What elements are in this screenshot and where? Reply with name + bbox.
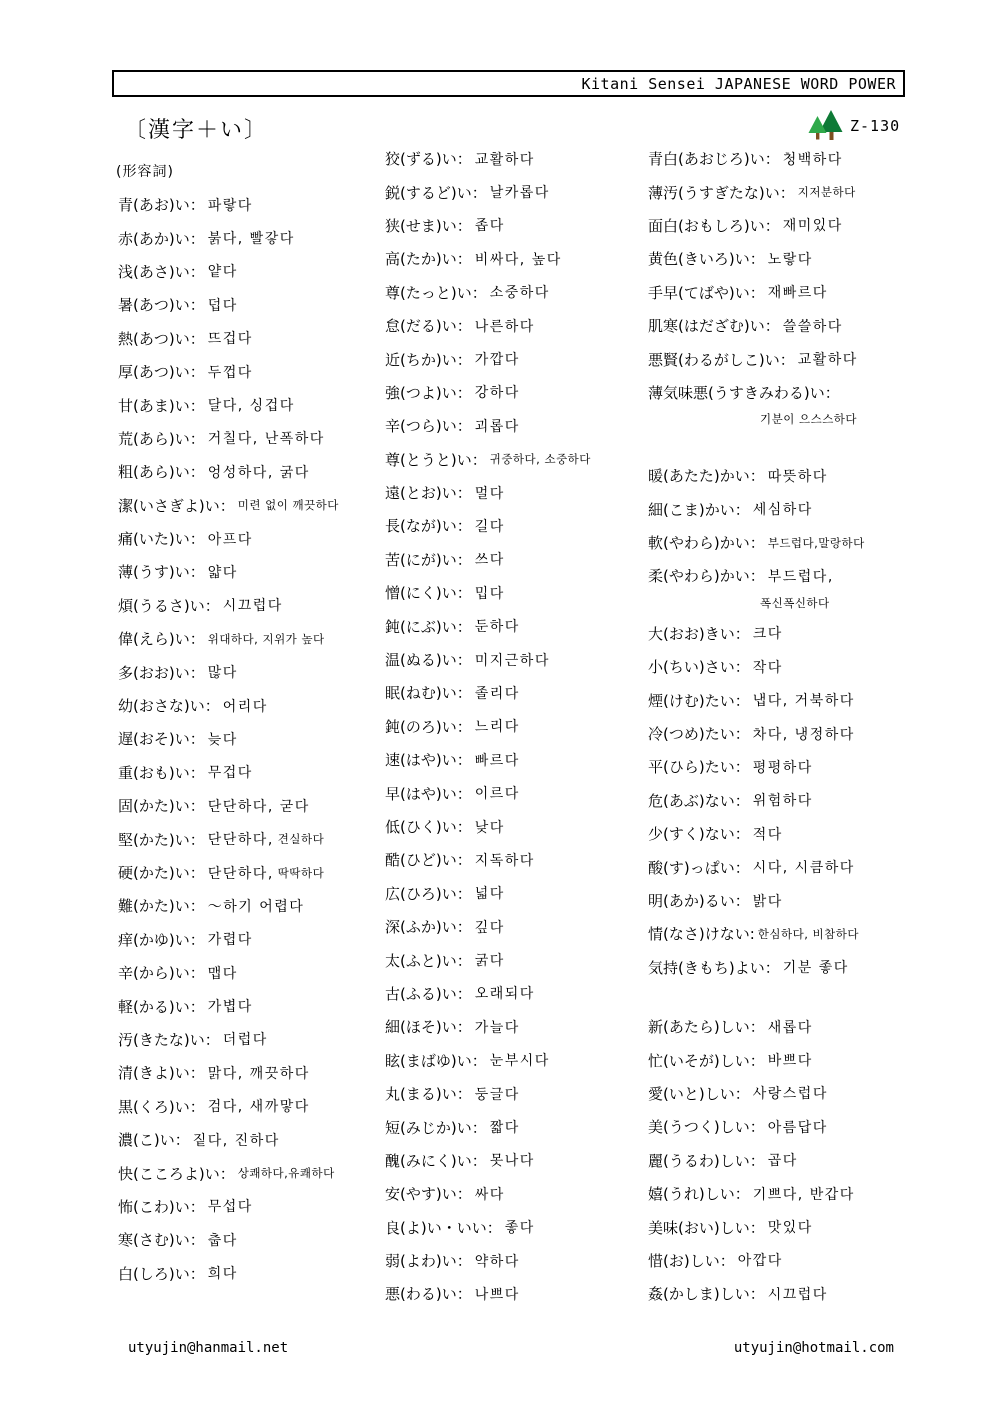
korean-meaning: 괴롭다 (475, 416, 520, 436)
vocab-entry-row: 汚(きたな)い：더럽다 (118, 1023, 383, 1056)
japanese-term: 白(しろ)い： (118, 1263, 205, 1284)
japanese-term: 薄汚(うすぎたな)い： (648, 182, 795, 203)
korean-meaning: 가늘다 (475, 1017, 520, 1037)
vocab-entry-row: 肌寒(はだざむ)い：쓸쓸하다 (648, 309, 906, 342)
vocab-entry: 弱(よわ)い：약하다 (385, 1244, 650, 1277)
vocab-column-3: 青白(あおじろ)い：청백하다薄汚(うすぎたな)い：지저분하다面白(おもしろ)い：… (648, 142, 906, 1311)
japanese-term: 姦(かしま)しい： (648, 1283, 765, 1304)
vocab-entry-row: 軟(やわら)かい：부드럽다,말랑하다 (648, 526, 906, 559)
vocab-entry: 固(かた)い：단단하다, 굳다 (118, 789, 383, 822)
vocab-entry: 古(ふる)い：오래되다 (385, 977, 650, 1010)
korean-meaning: 무섭다 (208, 1196, 253, 1216)
vocab-entry: 痛(いた)い：아프다 (118, 522, 383, 555)
korean-meaning: 비싸다, 높다 (475, 249, 562, 269)
vocab-entry: 麗(うるわ)しい：곱다 (648, 1144, 906, 1177)
vocab-entry-row: 酷(ひど)い：지독하다 (385, 843, 650, 876)
vocab-entry-row: 幼(おさな)い：어리다 (118, 689, 383, 722)
korean-meaning: 파랗다 (208, 195, 253, 215)
vocab-entry: 粗(あら)い：엉성하다, 굵다 (118, 455, 383, 488)
vocab-entry: 鈍(のろ)い：느리다 (385, 710, 650, 743)
korean-meaning: 지저분하다 (798, 184, 856, 200)
vocab-entry: 丸(まる)い：둥글다 (385, 1077, 650, 1110)
japanese-term: 煙(けむ)たい： (648, 690, 750, 711)
korean-meaning: 한심하다, 비참하다 (758, 926, 859, 942)
vocab-entry: 浅(あさ)い：얕다 (118, 255, 383, 288)
korean-meaning: 날카롭다 (490, 182, 550, 202)
korean-meaning: ～하기 어렵다 (208, 896, 305, 916)
korean-meaning: 사랑스럽다 (753, 1083, 828, 1103)
vocab-entry: 冷(つめ)たい：차다, 냉정하다 (648, 717, 906, 750)
japanese-term: 苦(にが)い： (385, 549, 472, 570)
vocab-entry: 黒(くろ)い：검다, 새까맣다 (118, 1090, 383, 1123)
vocab-entry: 悪賢(わるがしこ)い：교활하다 (648, 342, 906, 375)
vocab-entry-row: 寒(さむ)い：춥다 (118, 1223, 383, 1256)
korean-meaning: 희다 (208, 1263, 238, 1283)
vocab-entry-row: 狭(せま)い：좁다 (385, 209, 650, 242)
japanese-term: 濃(こ)い： (118, 1129, 190, 1150)
korean-meaning: 단단하다, (208, 863, 274, 883)
vocab-entry: 細(こま)かい：세심하다 (648, 493, 906, 526)
vocab-entry-row: 眠(ねむ)い：졸리다 (385, 676, 650, 709)
korean-meaning: 따뜻하다 (768, 466, 828, 486)
korean-meaning: 교활하다 (798, 349, 858, 369)
japanese-term: 少(すく)ない： (648, 823, 750, 844)
korean-meaning: 곱다 (768, 1150, 798, 1170)
vocab-entry-row: 少(すく)ない：적다 (648, 817, 906, 850)
japanese-term: 偉(えら)い： (118, 628, 205, 649)
korean-meaning: 평평하다 (753, 757, 813, 777)
vocab-entry-row: 高(たか)い：비싸다, 높다 (385, 242, 650, 275)
vocab-entry-row: 清(きよ)い：맑다, 깨끗하다 (118, 1056, 383, 1089)
vocab-entry-row: 速(はや)い：빠르다 (385, 743, 650, 776)
vocab-entry-row: 近(ちか)い：가깝다 (385, 342, 650, 375)
japanese-term: 辛(から)い： (118, 962, 205, 983)
korean-meaning: 얕다 (208, 261, 238, 281)
vocab-entry: 荒(あら)い：거칠다, 난폭하다 (118, 422, 383, 455)
korean-meaning: 어리다 (223, 696, 268, 716)
vocab-entry-row: 柔(やわら)かい：부드럽다, (648, 559, 906, 592)
vocab-entry-row: 辛(つら)い：괴롭다 (385, 409, 650, 442)
vocab-entry: 強(つよ)い：강하다 (385, 376, 650, 409)
vocab-entry-row: 安(やす)い：싸다 (385, 1177, 650, 1210)
vocab-entry-row: 美味(おい)しい：맛있다 (648, 1210, 906, 1243)
japanese-term: 赤(あか)い： (118, 228, 205, 249)
vocab-entry: 危(あぶ)ない：위험하다 (648, 784, 906, 817)
vocab-entry-row: 短(みじか)い：짧다 (385, 1110, 650, 1143)
vocab-entry: 面白(おもしろ)い：재미있다 (648, 209, 906, 242)
japanese-term: 暖(あたた)かい： (648, 465, 765, 486)
japanese-term: 憎(にく)い： (385, 582, 472, 603)
vocab-entry-row: 弱(よわ)い：약하다 (385, 1244, 650, 1277)
vocab-entry: 姦(かしま)しい：시끄럽다 (648, 1277, 906, 1310)
korean-meaning: 싸다 (475, 1184, 505, 1204)
korean-meaning: 더럽다 (223, 1029, 268, 1049)
japanese-term: 冷(つめ)たい： (648, 723, 750, 744)
vocab-entry: 速(はや)い：빠르다 (385, 743, 650, 776)
vocab-entry-row: 難(かた)い：～하기 어렵다 (118, 889, 383, 922)
japanese-term: 荒(あら)い： (118, 428, 205, 449)
vocab-entry: 悪(わる)い：나쁘다 (385, 1277, 650, 1310)
vocab-entry-row: 薄汚(うすぎたな)い：지저분하다 (648, 175, 906, 208)
vocab-column-2: 狡(ずる)い：교활하다鋭(するど)い：날카롭다狭(せま)い：좁다高(たか)い：비… (385, 142, 650, 1311)
korean-meaning: 부드럽다,말랑하다 (768, 535, 865, 551)
vocab-entry: 辛(つら)い：괴롭다 (385, 409, 650, 442)
vocab-entry: 良(よ)い・いい：좋다 (385, 1211, 650, 1244)
vocab-entry-row: 尊(とうと)い：귀중하다, 소중하다 (385, 443, 650, 476)
page-title: 〔漢字＋い〕 (124, 113, 268, 144)
vocab-entry-row: 悪賢(わるがしこ)い：교활하다 (648, 342, 906, 375)
japanese-term: 固(かた)い： (118, 795, 205, 816)
korean-meaning: 쓰다 (475, 549, 505, 569)
japanese-term: 眩(まばゆ)い： (385, 1050, 487, 1071)
vocab-entry: 忙(いそが)しい：바쁘다 (648, 1043, 906, 1076)
japanese-term: 惜(お)しい： (648, 1250, 735, 1271)
vocab-entry-row: 細(ほそ)い：가늘다 (385, 1010, 650, 1043)
vocab-entry: 青(あお)い：파랗다 (118, 188, 383, 221)
korean-meaning: 단단하다, 굳다 (208, 796, 310, 816)
korean-meaning: 시끄럽다 (223, 595, 283, 615)
header-box: Kitani Sensei JAPANESE WORD POWER (112, 70, 905, 97)
korean-meaning: 깊다 (475, 917, 505, 937)
japanese-term: 粗(あら)い： (118, 461, 205, 482)
japanese-term: 怠(だる)い： (385, 315, 472, 336)
korean-meaning: 둔하다 (475, 616, 520, 636)
vocab-entry: 潔(いさぎよ)い：미련 없이 깨끗하다 (118, 489, 383, 522)
japanese-term: 大(おお)きい： (648, 623, 750, 644)
korean-meaning: 기쁘다, 반갑다 (753, 1184, 855, 1204)
korean-meaning: 많다 (208, 662, 238, 682)
korean-meaning: 위험하다 (753, 790, 813, 810)
vocab-entry-row: 美(うつく)しい：아름답다 (648, 1110, 906, 1143)
japanese-term: 潔(いさぎよ)い： (118, 495, 235, 516)
japanese-term: 情(なさ)けない: (648, 923, 755, 944)
korean-meaning: 달다, 싱겁다 (208, 395, 295, 415)
vocab-entry: 安(やす)い：싸다 (385, 1177, 650, 1210)
korean-meaning: 상쾌하다,유쾌하다 (238, 1165, 335, 1181)
vocab-entry-row: 広(ひろ)い：넓다 (385, 877, 650, 910)
vocab-entry-row: 愛(いと)しい：사랑스럽다 (648, 1077, 906, 1110)
vocab-entry-row: 黒(くろ)い：검다, 새까맣다 (118, 1090, 383, 1123)
korean-meaning: 맛있다 (768, 1217, 813, 1237)
korean-meaning: 세심하다 (753, 499, 813, 519)
korean-meaning: 교활하다 (475, 149, 535, 169)
page-code-group: Z-130 (808, 110, 900, 142)
japanese-term: 醜(みにく)い： (385, 1150, 487, 1171)
vocab-entry: 鈍(にぶ)い：둔하다 (385, 609, 650, 642)
vocab-entry: 熱(あつ)い：뜨겁다 (118, 322, 383, 355)
japanese-term: 青(あお)い： (118, 194, 205, 215)
vocab-entry-row: 堅(かた)い：단단하다,견실하다 (118, 822, 383, 855)
korean-meaning: 졸리다 (475, 683, 520, 703)
vocab-entry: 手早(てばや)い：재빠르다 (648, 276, 906, 309)
vocab-column-1: 青(あお)い：파랗다赤(あか)い：붉다, 빨갛다浅(あさ)い：얕다暑(あつ)い：… (118, 188, 383, 1290)
korean-meaning: 단단하다, (208, 829, 274, 849)
japanese-term: 速(はや)い： (385, 749, 472, 770)
korean-meaning: 작다 (753, 657, 783, 677)
vocab-entry-row: 黄色(きいろ)い：노랗다 (648, 242, 906, 275)
vocab-entry-row: 狡(ずる)い：교활하다 (385, 142, 650, 175)
japanese-term: 細(こま)かい： (648, 499, 750, 520)
vocab-entry-row: 細(こま)かい：세심하다 (648, 493, 906, 526)
vocab-entry: 眠(ねむ)い：졸리다 (385, 676, 650, 709)
vocab-entry-row: 浅(あさ)い：얕다 (118, 255, 383, 288)
vocab-entry: 多(おお)い：많다 (118, 655, 383, 688)
vocab-entry-row: 重(おも)い：무겁다 (118, 756, 383, 789)
vocab-entry: 長(なが)い：길다 (385, 509, 650, 542)
japanese-term: 近(ちか)い： (385, 349, 472, 370)
japanese-term: 長(なが)い： (385, 515, 472, 536)
vocab-entry-row: 遠(とお)い：멀다 (385, 476, 650, 509)
vocab-entry-row: 麗(うるわ)しい：곱다 (648, 1144, 906, 1177)
japanese-term: 低(ひく)い： (385, 816, 472, 837)
japanese-term: 嬉(うれ)しい： (648, 1183, 750, 1204)
korean-meaning: 맵다 (208, 963, 238, 983)
japanese-term: 早(はや)い： (385, 783, 472, 804)
vocab-entry-row: 悪(わる)い：나쁘다 (385, 1277, 650, 1310)
vocab-entry: 青白(あおじろ)い：청백하다 (648, 142, 906, 175)
vocab-entry-row: 温(ぬる)い：미지근하다 (385, 643, 650, 676)
korean-meaning: 밝다 (753, 891, 783, 911)
vocab-entry-row: 酸(す)っぱい：시다, 시큼하다 (648, 850, 906, 883)
japanese-term: 尊(たっと)い： (385, 282, 487, 303)
korean-meaning: 넓다 (475, 883, 505, 903)
korean-meaning: 쓸쓸하다 (783, 316, 843, 336)
vocab-entry-row: 気持(きもち)よい：기분 좋다 (648, 951, 906, 984)
korean-meaning: 엉성하다, 굵다 (208, 462, 310, 482)
japanese-term: 愛(いと)しい： (648, 1083, 750, 1104)
japanese-term: 清(きよ)い： (118, 1062, 205, 1083)
vocab-entry-row: 遅(おそ)い：늦다 (118, 722, 383, 755)
vocab-entry-row: 粗(あら)い：엉성하다, 굵다 (118, 455, 383, 488)
korean-meaning: 가볍다 (208, 996, 253, 1016)
korean-meaning: 거칠다, 난폭하다 (208, 428, 325, 448)
korean-meaning: 위대하다, 지위가 높다 (208, 631, 325, 647)
japanese-term: 黄色(きいろ)い： (648, 248, 765, 269)
japanese-term: 古(ふる)い： (385, 983, 472, 1004)
japanese-term: 暑(あつ)い： (118, 294, 205, 315)
korean-meaning: 시다, 시큼하다 (753, 857, 855, 877)
vocab-entry-row: 痒(かゆ)い：가렵다 (118, 923, 383, 956)
korean-meaning: 느리다 (475, 716, 520, 736)
korean-meaning: 춥다 (208, 1230, 238, 1250)
japanese-term: 肌寒(はだざむ)い： (648, 315, 780, 336)
vocab-entry-row: 暑(あつ)い：덥다 (118, 288, 383, 321)
vocab-entry-row: 軽(かる)い：가볍다 (118, 989, 383, 1022)
japanese-term: 丸(まる)い： (385, 1083, 472, 1104)
vocab-entry: 尊(たっと)い：소중하다 (385, 276, 650, 309)
japanese-term: 多(おお)い： (118, 662, 205, 683)
korean-meaning: 나쁘다 (475, 1284, 520, 1304)
vocab-entry: 堅(かた)い：단단하다,견실하다 (118, 822, 383, 855)
vocab-entry-row: 強(つよ)い：강하다 (385, 376, 650, 409)
japanese-term: 軟(やわら)かい： (648, 532, 765, 553)
vocab-entry: 厚(あつ)い：두껍다 (118, 355, 383, 388)
vocab-entry-row: 薄気味悪(うすきみわる)い： (648, 376, 906, 409)
vocab-entry: 広(ひろ)い：넓다 (385, 877, 650, 910)
japanese-term: 明(あか)るい： (648, 890, 750, 911)
japanese-term: 新(あたら)しい： (648, 1016, 765, 1037)
korean-meaning: 청백하다 (783, 149, 843, 169)
japanese-term: 悪賢(わるがしこ)い： (648, 349, 795, 370)
vocab-entry: 赤(あか)い：붉다, 빨갛다 (118, 221, 383, 254)
vocab-entry: 愛(いと)しい：사랑스럽다 (648, 1077, 906, 1110)
vocab-entry: 気持(きもち)よい：기분 좋다 (648, 951, 906, 984)
korean-meaning: 늦다 (208, 729, 238, 749)
japanese-term: 高(たか)い： (385, 248, 472, 269)
page-code: Z-130 (850, 117, 900, 135)
vocab-entry-row: 鋭(するど)い：날카롭다 (385, 175, 650, 208)
japanese-term: 温(ぬる)い： (385, 649, 472, 670)
korean-meaning: 길다 (475, 516, 505, 536)
vocab-entry: 新(あたら)しい：새롭다 (648, 1010, 906, 1043)
japanese-term: 痛(いた)い： (118, 528, 205, 549)
vocab-entry: 酷(ひど)い：지독하다 (385, 843, 650, 876)
vocab-entry-row: 尊(たっと)い：소중하다 (385, 276, 650, 309)
footer-email-right: utyujin@hotmail.com (734, 1340, 894, 1356)
vocab-entry-row: 固(かた)い：단단하다, 굳다 (118, 789, 383, 822)
japanese-term: 手早(てばや)い： (648, 282, 765, 303)
vocab-entry: 寒(さむ)い：춥다 (118, 1223, 383, 1256)
japanese-term: 軽(かる)い： (118, 996, 205, 1017)
vocab-entry-row: 姦(かしま)しい：시끄럽다 (648, 1277, 906, 1310)
japanese-term: 平(ひら)たい： (648, 756, 750, 777)
vocab-entry: 明(あか)るい：밝다 (648, 884, 906, 917)
vocab-entry-row: 偉(えら)い：위대하다, 지위가 높다 (118, 622, 383, 655)
vocab-entry: 美味(おい)しい：맛있다 (648, 1210, 906, 1243)
korean-meaning: 무겁다 (208, 762, 253, 782)
korean-meaning: 굵다 (475, 950, 505, 970)
vocab-entry-row: 情(なさ)けない:한심하다, 비참하다 (648, 917, 906, 950)
korean-meaning: 크다 (753, 623, 783, 643)
korean-meaning: 덥다 (208, 295, 238, 315)
japanese-term: 辛(つら)い： (385, 415, 472, 436)
vocab-entry-row: 鈍(のろ)い：느리다 (385, 710, 650, 743)
korean-meaning: 적다 (753, 824, 783, 844)
vocab-entry: 濃(こ)い：짙다, 진하다 (118, 1123, 383, 1156)
vocab-entry: 鋭(するど)い：날카롭다 (385, 175, 650, 208)
vocab-entry-row: 鈍(にぶ)い：둔하다 (385, 609, 650, 642)
vocab-entry-row: 憎(にく)い：밉다 (385, 576, 650, 609)
vocab-entry-row: 惜(お)しい：아깝다 (648, 1244, 906, 1277)
vocab-entry: 硬(かた)い：단단하다,딱딱하다 (118, 856, 383, 889)
korean-meaning: 얇다 (208, 562, 238, 582)
japanese-term: 危(あぶ)ない： (648, 790, 750, 811)
korean-meaning: 짙다, 진하다 (193, 1130, 280, 1150)
vocab-entry: 軟(やわら)かい：부드럽다,말랑하다 (648, 526, 906, 559)
vocab-entry-row: 怠(だる)い：나른하다 (385, 309, 650, 342)
korean-meaning: 미련 없이 깨끗하다 (238, 497, 339, 513)
vocab-entry-row: 濃(こ)い：짙다, 진하다 (118, 1123, 383, 1156)
vocab-entry: 憎(にく)い：밉다 (385, 576, 650, 609)
vocab-entry: 低(ひく)い：낮다 (385, 810, 650, 843)
vocab-entry-row: 早(はや)い：이르다 (385, 776, 650, 809)
korean-meaning: 둥글다 (475, 1084, 520, 1104)
vocab-entry: 短(みじか)い：짧다 (385, 1110, 650, 1143)
vocab-entry-row: 醜(みにく)い：못나다 (385, 1144, 650, 1177)
vocab-entry: 偉(えら)い：위대하다, 지위가 높다 (118, 622, 383, 655)
korean-meaning: 오래되다 (475, 983, 535, 1003)
korean-meaning: 바쁘다 (768, 1050, 813, 1070)
japanese-term: 浅(あさ)い： (118, 261, 205, 282)
japanese-term: 鈍(にぶ)い： (385, 616, 472, 637)
korean-meaning: 아름답다 (768, 1117, 828, 1137)
vocab-entry: 黄色(きいろ)い：노랗다 (648, 242, 906, 275)
japanese-term: 薄(うす)い： (118, 561, 205, 582)
vocab-entry-row: 眩(まばゆ)い：눈부시다 (385, 1044, 650, 1077)
vocab-entry-row: 古(ふる)い：오래되다 (385, 977, 650, 1010)
vocab-entry-row: 太(ふと)い：굵다 (385, 943, 650, 976)
japanese-term: 柔(やわら)かい： (648, 565, 765, 586)
vocab-entry: 狭(せま)い：좁다 (385, 209, 650, 242)
vocab-entry: 重(おも)い：무겁다 (118, 756, 383, 789)
vocab-entry: 肌寒(はだざむ)い：쓸쓸하다 (648, 309, 906, 342)
korean-meaning: 가렵다 (208, 929, 253, 949)
japanese-term: 青白(あおじろ)い： (648, 148, 780, 169)
japanese-term: 幼(おさな)い： (118, 695, 220, 716)
japanese-term: 汚(きたな)い： (118, 1029, 220, 1050)
japanese-term: 美(うつく)しい： (648, 1116, 765, 1137)
vocab-entry-row: 大(おお)きい：크다 (648, 617, 906, 650)
vocab-entry-row: 赤(あか)い：붉다, 빨갛다 (118, 221, 383, 254)
pine-trees-icon (808, 110, 844, 142)
korean-meaning: 아깝다 (738, 1250, 783, 1270)
vocab-entry: 情(なさ)けない:한심하다, 비참하다 (648, 917, 906, 950)
vocab-entry-row: 良(よ)い・いい：좋다 (385, 1211, 650, 1244)
vocab-entry: 苦(にが)い：쓰다 (385, 543, 650, 576)
japanese-term: 安(やす)い： (385, 1183, 472, 1204)
japanese-term: 眠(ねむ)い： (385, 682, 472, 703)
japanese-term: 快(こころよ)い： (118, 1163, 235, 1184)
japanese-term: 太(ふと)い： (385, 950, 472, 971)
vocab-entry-row: 手早(てばや)い：재빠르다 (648, 276, 906, 309)
japanese-term: 狭(せま)い： (385, 215, 472, 236)
vocab-entry: 汚(きたな)い：더럽다 (118, 1023, 383, 1056)
vocab-entry-row: 冷(つめ)たい：차다, 냉정하다 (648, 717, 906, 750)
japanese-term: 寒(さむ)い： (118, 1229, 205, 1250)
japanese-term: 気持(きもち)よい： (648, 957, 780, 978)
korean-meaning: 가깝다 (475, 349, 520, 369)
korean-meaning: 낮다 (475, 817, 505, 837)
vocab-entry-row: 痛(いた)い：아프다 (118, 522, 383, 555)
vocab-entry-row: 長(なが)い：길다 (385, 509, 650, 542)
japanese-term: 鋭(するど)い： (385, 182, 487, 203)
korean-meaning: 눈부시다 (490, 1050, 550, 1070)
japanese-term: 美味(おい)しい： (648, 1217, 765, 1238)
korean-meaning: 기분 좋다 (783, 957, 849, 977)
japanese-term: 堅(かた)い： (118, 829, 205, 850)
vocab-entry: 太(ふと)い：굵다 (385, 943, 650, 976)
part-of-speech-label: (形容詞) (116, 161, 174, 181)
vocab-entry: 怖(こわ)い：무섭다 (118, 1190, 383, 1223)
japanese-term: 難(かた)い： (118, 895, 205, 916)
vocab-entry: 狡(ずる)い：교활하다 (385, 142, 650, 175)
korean-meaning-secondary: 견실하다 (278, 831, 324, 847)
vocab-entry-row: 深(ふか)い：깊다 (385, 910, 650, 943)
vocab-entry-row: 暖(あたた)かい：따뜻하다 (648, 459, 906, 492)
korean-meaning: 지독하다 (475, 850, 535, 870)
vocab-entry-row: 熱(あつ)い：뜨겁다 (118, 322, 383, 355)
korean-meaning-secondary: 딱딱하다 (278, 865, 324, 881)
vocab-entry-row: 低(ひく)い：낮다 (385, 810, 650, 843)
vocab-entry-row: 辛(から)い：맵다 (118, 956, 383, 989)
footer-email-left: utyujin@hanmail.net (128, 1340, 288, 1356)
vocab-entry: 暖(あたた)かい：따뜻하다 (648, 459, 906, 492)
korean-meaning: 새롭다 (768, 1017, 813, 1037)
vocab-entry: 近(ちか)い：가깝다 (385, 342, 650, 375)
vocab-entry: 痒(かゆ)い：가렵다 (118, 923, 383, 956)
vocab-entry-row: 新(あたら)しい：새롭다 (648, 1010, 906, 1043)
japanese-term: 薄気味悪(うすきみわる)い： (648, 382, 840, 403)
